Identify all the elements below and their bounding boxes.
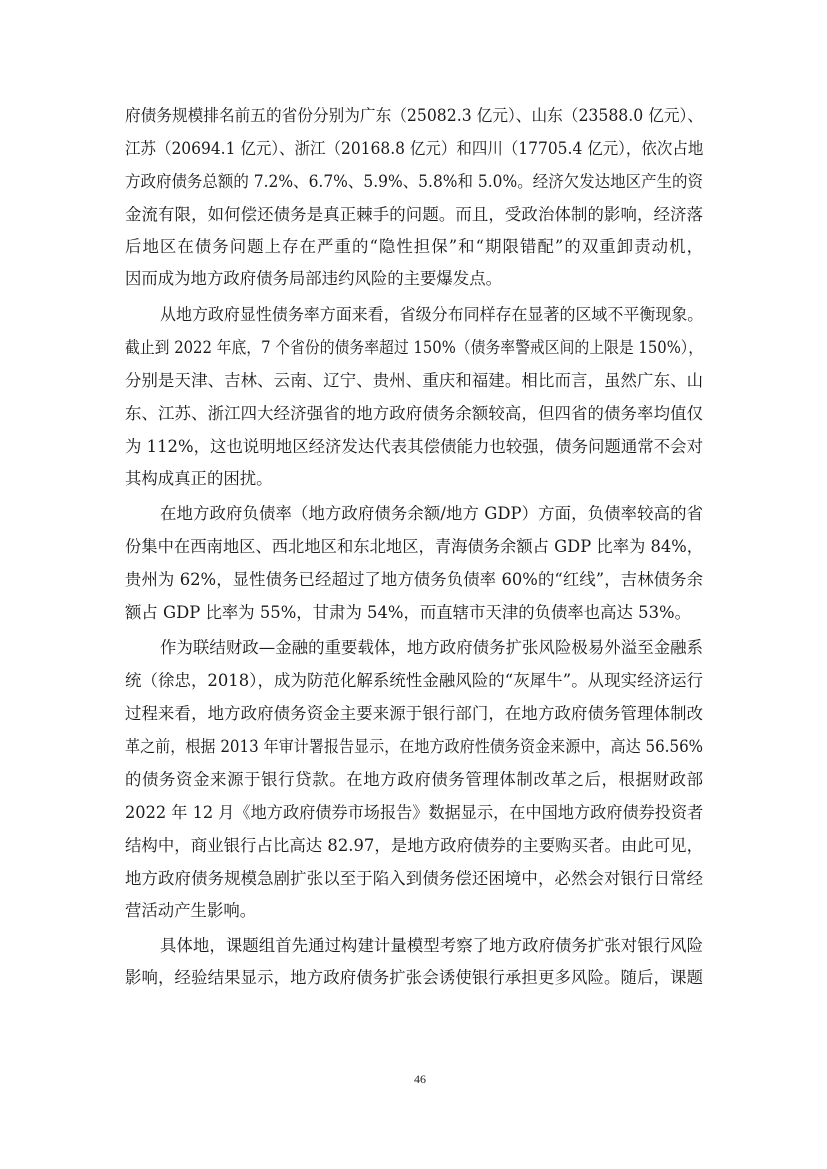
text-line: 从地方政府显性债务率方面来看，省级分布同样存在显著的区域不平衡现象。 xyxy=(160,303,703,327)
text-line: 因而成为地方政府债务局部违约风险的主要爆发点。 xyxy=(125,267,703,291)
text-line: 2022 年 12 月《地方政府债券市场报告》数据显示，在中国地方政府债券投资者 xyxy=(125,801,703,825)
text-line: 的债务资金来源于银行贷款。在地方政府债务管理体制改革之后，根据财政部 xyxy=(125,768,703,792)
text-line: 在地方政府负债率（地方政府债务余额/地方 GDP）方面，负债率较高的省 xyxy=(160,502,703,526)
text-line: 东、江苏、浙江四大经济强省的地方政府债务余额较高，但四省的债务率均值仅 xyxy=(125,402,703,426)
text-line: 截止到 2022 年底，7 个省份的债务率超过 150%（债务率警戒区间的上限是… xyxy=(125,336,703,360)
text-line: 具体地，课题组首先通过构建计量模型考察了地方政府债务扩张对银行风险 xyxy=(160,934,703,958)
text-line: 结构中，商业银行占比高达 82.97，是地方政府债券的主要购买者。由此可见， xyxy=(125,834,703,858)
text-line: 分别是天津、吉林、云南、辽宁、贵州、重庆和福建。相比而言，虽然广东、山 xyxy=(125,369,703,393)
text-line: 方政府债务总额的 7.2%、6.7%、5.9%、5.8%和 5.0%。经济欠发达… xyxy=(125,170,703,194)
text-line: 地方政府债务规模急剧扩张以至于陷入到债务偿还困境中，必然会对银行日常经 xyxy=(125,867,703,891)
text-line: 份集中在西南地区、西北地区和东北地区，青海债务余额占 GDP 比率为 84%， xyxy=(125,535,703,559)
text-line: 后地区在债务问题上存在严重的“隐性担保”和“期限错配”的双重卸责动机， xyxy=(125,235,703,259)
text-line: 其构成真正的困扰。 xyxy=(125,467,703,491)
text-line: 革之前，根据 2013 年审计署报告显示，在地方政府性债务资金来源中，高达 56… xyxy=(125,735,703,759)
text-line: 影响，经验结果显示，地方政府债务扩张会诱使银行承担更多风险。随后，课题 xyxy=(125,966,703,990)
text-line: 统（徐忠，2018），成为防范化解系统性金融风险的“灰犀牛”。从现实经济运行 xyxy=(125,669,703,693)
text-line: 作为联结财政—金融的重要载体，地方政府债务扩张风险极易外溢至金融系 xyxy=(160,636,703,660)
text-line: 金流有限，如何偿还债务是真正棘手的问题。而且，受政治体制的影响，经济落 xyxy=(125,203,703,227)
text-line: 为 112%，这也说明地区经济发达代表其偿债能力也较强，债务问题通常不会对 xyxy=(125,435,703,459)
text-line: 府债务规模排名前五的省份分别为广东（25082.3 亿元）、山东（23588.0… xyxy=(125,104,703,128)
text-line: 贵州为 62%，显性债务已经超过了地方债务负债率 60%的“红线”，吉林债务余 xyxy=(125,568,703,592)
page-number: 46 xyxy=(400,1072,440,1087)
text-line: 额占 GDP 比率为 55%，甘肃为 54%，而直辖市天津的负债率也高达 53%… xyxy=(125,601,703,625)
document-page: 府债务规模排名前五的省份分别为广东（25082.3 亿元）、山东（23588.0… xyxy=(0,0,827,1169)
text-line: 营活动产生影响。 xyxy=(125,899,703,923)
text-line: 江苏（20694.1 亿元）、浙江（20168.8 亿元）和四川（17705.4… xyxy=(125,137,703,161)
text-line: 过程来看，地方政府债务资金主要来源于银行部门，在地方政府债务管理体制改 xyxy=(125,702,703,726)
